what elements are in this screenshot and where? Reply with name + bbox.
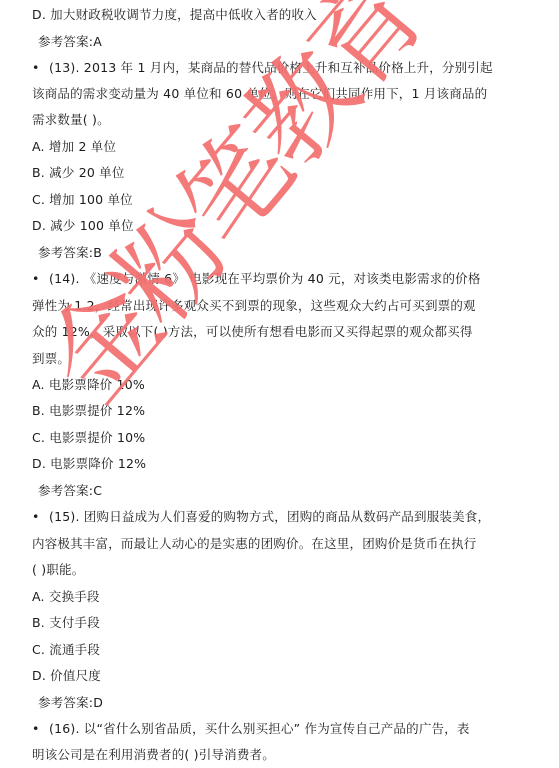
bullet-icon: • [32, 720, 49, 738]
option-b-q15: B. 支付手段 [32, 614, 100, 632]
option-c-q14: C. 电影票提价 10% [32, 429, 145, 447]
option-c-q13: C. 增加 100 单位 [32, 191, 133, 209]
answer-key-q12: 参考答案:A [38, 33, 102, 51]
option-a-q13: A. 增加 2 单位 [32, 138, 116, 156]
answer-key-q15: 参考答案:D [38, 694, 103, 712]
document-page: D. 加大财政税收调节力度，提高中低收入者的收入 参考答案:A •(13). 2… [0, 0, 559, 768]
answer-key-q13: 参考答案:B [38, 244, 102, 262]
option-c-q15: C. 流通手段 [32, 641, 100, 659]
bullet-icon: • [32, 59, 49, 77]
question-13-line-1: •(13). 2013 年 1 月内，某商品的替代品价格上升和互补品价格上升，分… [32, 59, 493, 77]
option-d-q12: D. 加大财政税收调节力度，提高中低收入者的收入 [32, 6, 317, 24]
question-14-line-1: •(14). 《速度与激情 6》 电影现在平均票价为 40 元，对该类电影需求的… [32, 270, 481, 288]
bullet-icon: • [32, 270, 49, 288]
answer-key-q14: 参考答案:C [38, 482, 102, 500]
question-13-line-2: 该商品的需求变动量为 40 单位和 60 单位，则在它们共同作用下，1 月该商品… [32, 85, 487, 103]
option-d-q14: D. 电影票降价 12% [32, 455, 146, 473]
question-13-line-3: 需求数量( )。 [32, 111, 110, 129]
option-a-q15: A. 交换手段 [32, 588, 100, 606]
option-b-q13: B. 减少 20 单位 [32, 164, 125, 182]
question-16-line-1: •(16). 以“省什么别省品质，买什么别买担心” 作为宣传自己产品的广告，表 [32, 720, 470, 738]
question-15-line-2: 内容极其丰富，而最让人动心的是实惠的团购价。在这里，团购价是货币在执行 [32, 535, 477, 553]
question-14-line-2: 弹性为 1.2，经常出现许多观众买不到票的现象，这些观众大约占可买到票的观 [32, 297, 476, 315]
question-16-line-2: 明该公司是在利用消费者的( )引导消费者。 [32, 746, 275, 764]
question-15-line-3: ( )职能。 [32, 561, 84, 579]
option-b-q14: B. 电影票提价 12% [32, 402, 145, 420]
option-a-q14: A. 电影票降价 10% [32, 376, 145, 394]
question-15-line-1: •(15). 团购日益成为人们喜爱的购物方式，团购的商品从数码产品到服装美食， [32, 508, 490, 526]
bullet-icon: • [32, 508, 49, 526]
option-d-q15: D. 价值尺度 [32, 667, 101, 685]
option-d-q13: D. 减少 100 单位 [32, 217, 134, 235]
question-14-line-3: 众的 12%，采取以下( )方法，可以使所有想看电影而又买得起票的观众都买得 [32, 323, 473, 341]
question-14-line-4: 到票。 [32, 350, 70, 368]
